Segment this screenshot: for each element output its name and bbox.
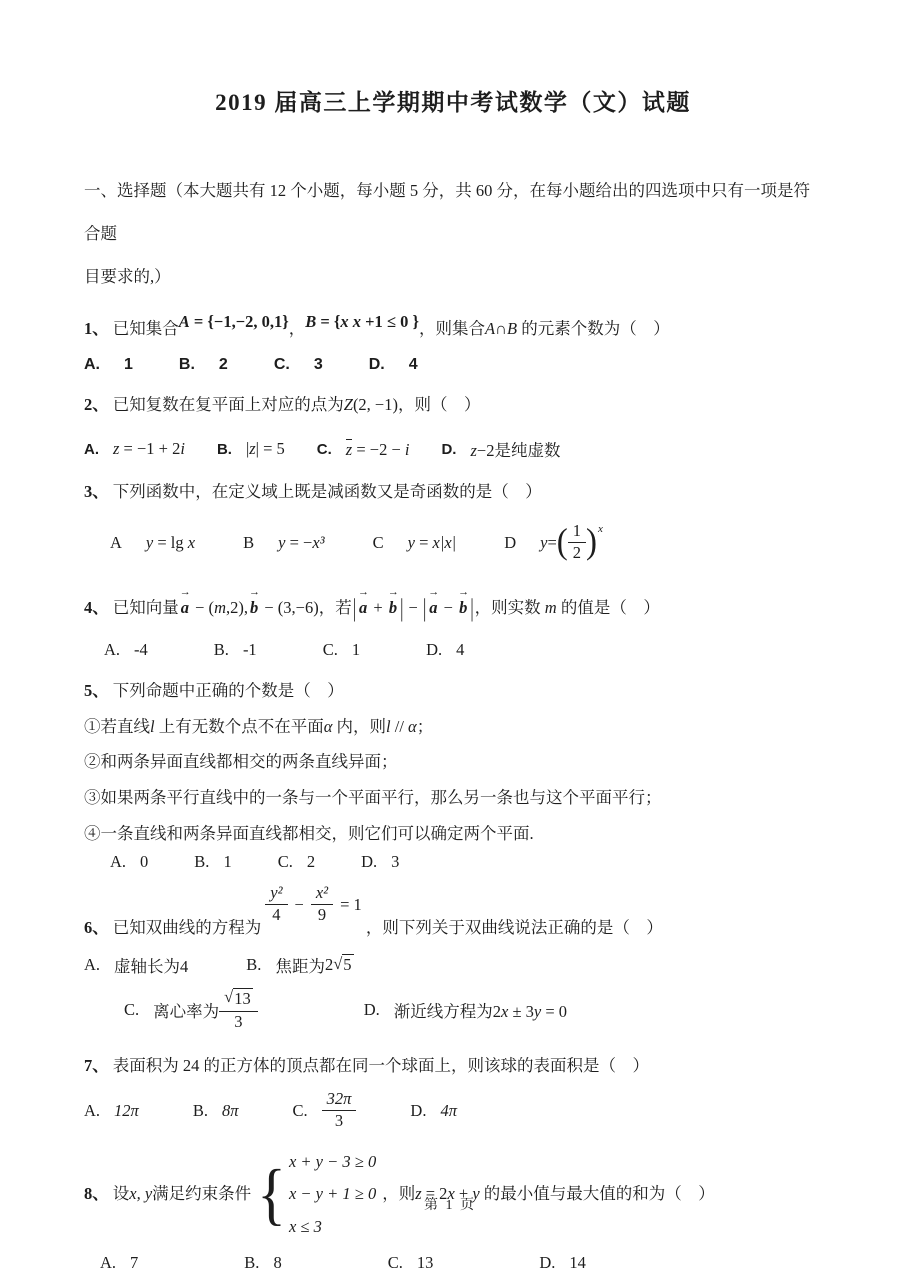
question-1-stem: 1、已知集合A = {−1,−2, 0,1}，B = {x x +1 ≤ 0 }…	[84, 316, 822, 342]
q6-lead-wrap: 6、已知双曲线的方程为	[84, 915, 261, 941]
question-5-stem: 5、下列命题中正确的个数是（ ）	[84, 678, 822, 704]
q3-opt-b-math: y = −x³	[278, 533, 324, 553]
q3-opt-c-y: y	[408, 533, 415, 552]
q5-opt-a-label: A.	[110, 852, 126, 872]
q1-opt-d-label: D.	[369, 356, 385, 374]
q3-opt-a-math: y = lg x	[146, 533, 195, 553]
q6-opt-b-radical-sign: √	[333, 954, 342, 974]
q6-equals-one: = 1	[340, 892, 362, 918]
q5-statement-2: ②和两条异面直线都相交的两条直线异面；	[84, 749, 822, 775]
q5-statement-1: ①若直线l 上有无数个点不在平面α 内，则l // α；	[84, 714, 822, 740]
q6-opt-c-radical-sign: √	[224, 988, 233, 1007]
q4-number: 4、	[84, 598, 109, 617]
q7-option-a: A.12π	[84, 1101, 139, 1121]
q3-opt-d-numerator: 1	[568, 522, 586, 543]
q5-opt-c-value: 2	[307, 852, 315, 872]
question-3-stem: 3、下列函数中，在定义域上既是减函数又是奇函数的是（ ）	[84, 479, 822, 505]
q3-options: Ay = lg x By = −x³ Cy = x|x| Dy = (12)x	[84, 513, 822, 573]
q5-option-c: C.2	[278, 852, 315, 872]
q5-opt-a-value: 0	[140, 852, 148, 872]
q6-opt-b-radical: √5	[333, 954, 353, 976]
q5-statement-3: ③如果两条平行直线中的一条与一个平面平行，那么另一条也与这个平面平行；	[84, 785, 822, 811]
q3-opt-c-label: C	[373, 533, 384, 553]
q1-option-a: A.1	[84, 356, 133, 374]
q1-intersect-symbol: ∩	[495, 319, 507, 338]
q7-opt-c-label: C.	[293, 1101, 308, 1121]
q6-opt-d-chinese: 渐近线方程为	[394, 1002, 493, 1021]
question-2-stem: 2、已知复数在复平面上对应的点为Z(2, −1)，则（ ）	[84, 392, 822, 418]
q4-options: A.-4 B.-1 C.1 D.4	[84, 640, 822, 660]
q1-tail: 的元素个数为（ ）	[517, 319, 670, 338]
q2-opt-b-label: B.	[217, 441, 232, 458]
q6-option-c: C.离心率为√133	[124, 988, 258, 1032]
q6-frac2-denominator: 9	[311, 905, 333, 925]
q6-opt-c-chinese: 离心率为	[153, 998, 219, 1022]
q5-s1-alpha-var2: α	[408, 717, 417, 736]
q4-opt-b-label: B.	[214, 640, 229, 660]
section-instructions: 一、选择题（本大题共有 12 个小题，每小题 5 分，共 60 分，在每小题给出…	[84, 169, 822, 298]
q1-option-d: D.4	[369, 356, 418, 374]
q5-s1-text-a: ①若直线	[84, 717, 150, 736]
q7-option-b: B.8π	[193, 1101, 239, 1121]
q2-options: A.z = −1 + 2i B.|z| = 5 C.z = −2 − i D.z…	[84, 437, 822, 461]
q4-opt-a-label: A.	[104, 640, 120, 660]
q4-a-body2: ,2),	[226, 598, 248, 617]
q8-opt-a-label: A.	[100, 1253, 116, 1272]
q5-opt-b-label: B.	[194, 852, 209, 872]
q2-opt-d-minus2: −2	[477, 441, 495, 460]
q4-mid: ，若	[319, 598, 352, 617]
q2-option-a: A.z = −1 + 2i	[84, 439, 185, 459]
q6-opt-c-fraction: √133	[219, 988, 258, 1032]
q6-frac1-denominator: 4	[265, 905, 287, 925]
q6-opt-d-coef: 2	[493, 1002, 501, 1021]
q8-option-d: D.14	[539, 1253, 586, 1272]
q6-frac2-numerator: x²	[311, 884, 333, 905]
q2-opt-a-math: z = −1 + 2i	[113, 439, 185, 459]
question-7-stem: 7、表面积为 24 的正方体的顶点都在同一个球面上，则该球的表面积是（ ）	[84, 1053, 822, 1079]
q5-s1-end: ；	[417, 717, 434, 736]
q1-set-b-var: B	[305, 312, 316, 331]
q4-minus2: −	[440, 598, 458, 617]
q1-set-b: B = {x x +1 ≤ 0 }	[305, 312, 419, 331]
instructions-line-2: 目要求的,）	[84, 255, 822, 298]
q6-options-cd: C.离心率为√133 D.渐近线方程为2x ± 3y = 0	[84, 981, 822, 1039]
q4-abs-bar-4: |	[470, 588, 473, 628]
q8-option-b: B.8	[244, 1253, 281, 1272]
q1-set-a: A = {−1,−2, 0,1}	[179, 312, 289, 331]
q3-opt-a-eq: = lg	[153, 533, 188, 552]
q4-minus: −	[404, 598, 422, 617]
q4-opt-d-value: 4	[456, 640, 464, 660]
q6-option-d: D.渐近线方程为2x ± 3y = 0	[364, 998, 567, 1022]
q4-option-b: B.-1	[214, 640, 257, 660]
q4-a-body: − (	[191, 598, 214, 617]
q6-opt-b-label: B.	[246, 955, 261, 975]
q6-opt-c-denominator: 3	[219, 1012, 258, 1032]
q8-opt-b-value: 8	[273, 1253, 281, 1272]
q4-opt-b-value: -1	[243, 640, 257, 660]
q7-opt-c-fraction: 32π3	[322, 1090, 357, 1131]
q6-opt-b-chinese: 焦距为	[275, 953, 325, 977]
q5-number: 5、	[84, 681, 109, 700]
q3-opt-c-math: y = x|x|	[408, 533, 457, 553]
q2-opt-a-i: i	[180, 439, 185, 458]
q3-opt-d-fraction: 12	[568, 522, 586, 563]
q3-opt-b-eq: = −	[285, 533, 312, 552]
q5-options: A.0 B.1 C.2 D.3	[84, 852, 822, 872]
q7-opt-b-label: B.	[193, 1101, 208, 1121]
q2-z-point: (2, −1)	[353, 395, 398, 414]
q7-number: 7、	[84, 1056, 109, 1075]
q3-opt-d-label: D	[504, 533, 516, 553]
q5-opt-b-value: 1	[223, 852, 231, 872]
q8-opt-d-value: 14	[569, 1253, 586, 1272]
q5-s1-text-b: 上有无数个点不在平面	[155, 717, 324, 736]
q2-opt-a-label: A.	[84, 441, 99, 458]
q7-option-c: C.32π3	[293, 1090, 357, 1131]
q2-opt-c-math: z = −2 − i	[346, 439, 410, 460]
q7-option-d: D.4π	[410, 1101, 457, 1121]
q3-opt-b-label: B	[243, 533, 254, 553]
q1-set-b-open: = {	[316, 312, 340, 331]
page-title: 2019 届高三上学期期中考试数学（文）试题	[84, 84, 822, 117]
q6-opt-c-radical: √13	[224, 988, 253, 1010]
q1-set-b-xx: x x	[340, 312, 361, 331]
q6-fraction-2: x²9	[311, 884, 333, 925]
q5-option-d: D.3	[361, 852, 399, 872]
q2-opt-d-math: z−2是纯虚数	[470, 437, 560, 461]
q6-opt-b-text: 焦距为2√5	[275, 953, 353, 977]
q3-opt-d-math: y = (12)x	[540, 522, 603, 563]
q4-vector-a: a	[179, 595, 191, 621]
q2-opt-b-math: |z| = 5	[246, 439, 285, 459]
q7-opt-d-value: 4π	[440, 1101, 457, 1121]
q8-constraint-1: x + y − 3 ≥ 0	[289, 1149, 376, 1175]
q6-opt-c-numerator: √13	[219, 988, 258, 1012]
q6-opt-d-end: = 0	[541, 1002, 567, 1021]
q1-opt-c-value: 3	[314, 356, 323, 374]
q4-option-d: D.4	[426, 640, 464, 660]
q3-opt-d-paren-left: (	[557, 525, 568, 561]
q6-tail: ，则下列关于双曲线说法正确的是（ ）	[366, 915, 663, 941]
q3-number: 3、	[84, 482, 109, 501]
q4-m-var: m	[214, 598, 226, 617]
q3-lead: 下列函数中，在定义域上既是减函数又是奇函数的是（ ）	[113, 482, 542, 501]
q5-lead: 下列命题中正确的个数是（ ）	[113, 681, 344, 700]
q5-statement-4: ④一条直线和两条异面直线都相交，则它们可以确定两个平面.	[84, 821, 822, 847]
q3-opt-d-paren-right: )	[586, 525, 597, 561]
q6-opt-a-text: 虚轴长为4	[114, 953, 188, 977]
q4-tail2: 的值是（ ）	[557, 598, 660, 617]
q6-opt-b-coef: 2	[325, 955, 333, 975]
q6-opt-b-radicand: 5	[342, 954, 353, 976]
q1-set-a-body: = {−1,−2, 0,1}	[190, 312, 289, 331]
q2-number: 2、	[84, 395, 109, 414]
q3-option-b: By = −x³	[243, 533, 325, 553]
q1-set-b-body: +1 ≤ 0 }	[361, 312, 419, 331]
q1-set-a-var: A	[179, 312, 190, 331]
q5-s1-parallel: //	[391, 717, 408, 736]
q4-option-c: C.1	[323, 640, 360, 660]
q1-opt-d-value: 4	[409, 356, 418, 374]
q8-option-c: C.13	[388, 1253, 434, 1272]
q2-opt-a-body: = −1 + 2	[119, 439, 180, 458]
q8-options: A.7 B.8 C.13 D.14	[84, 1253, 822, 1272]
q1-option-b: B.2	[179, 356, 228, 374]
q6-frac1-numerator: y²	[265, 884, 287, 905]
q6-opt-d-label: D.	[364, 1000, 380, 1020]
q4-abs-bar-1: |	[353, 588, 356, 628]
q3-opt-d-denominator: 2	[568, 543, 586, 563]
q6-options-ab: A.虚轴长为4 B.焦距为2√5	[84, 953, 822, 977]
q1-comma: ，	[289, 319, 306, 338]
q8-opt-d-label: D.	[539, 1253, 555, 1272]
q7-lead: 表面积为 24 的正方体的顶点都在同一个球面上，则该球的表面积是（ ）	[113, 1056, 649, 1075]
q4-opt-c-value: 1	[352, 640, 360, 660]
q3-opt-c-eq: =	[415, 533, 433, 552]
q1-number: 1、	[84, 319, 109, 338]
q6-minus: −	[295, 892, 304, 918]
q1-opt-a-label: A.	[84, 356, 100, 374]
q2-option-c: C.z = −2 − i	[317, 439, 410, 460]
q4-opt-d-label: D.	[426, 640, 442, 660]
q6-opt-d-pm: ± 3	[508, 1002, 534, 1021]
q3-option-d: Dy = (12)x	[504, 522, 603, 563]
q2-opt-d-label: D.	[441, 441, 456, 458]
q6-opt-a-value: 4	[180, 957, 188, 976]
page-number: 第 1 页	[0, 1194, 900, 1214]
q3-option-a: Ay = lg x	[110, 533, 195, 553]
q7-opt-d-label: D.	[410, 1101, 426, 1121]
q6-opt-c-text: 离心率为√133	[153, 988, 258, 1032]
q4-abs-bar-3: |	[423, 588, 426, 628]
q7-opt-c-denominator: 3	[322, 1111, 357, 1131]
q5-opt-d-value: 3	[391, 852, 399, 872]
q7-opt-c-numerator: 32π	[322, 1090, 357, 1111]
q1-opt-b-label: B.	[179, 356, 195, 374]
instructions-line-1: 一、选择题（本大题共有 12 个小题，每小题 5 分，共 60 分，在每小题给出…	[84, 169, 822, 255]
q3-opt-d-exponent: x	[598, 523, 603, 535]
q7-options: A.12π B.8π C.32π3 D.4π	[84, 1081, 822, 1141]
q3-opt-b-x: x³	[312, 533, 324, 552]
q8-option-a: A.7	[100, 1253, 138, 1272]
q4-plus: +	[369, 598, 387, 617]
q1-opt-b-value: 2	[219, 356, 228, 374]
q2-tail: ，则（ ）	[398, 395, 481, 414]
q6-lead: 已知双曲线的方程为	[113, 918, 262, 937]
q3-opt-c-x: x|x|	[433, 533, 457, 552]
q4-vector-a2: a	[357, 595, 369, 621]
q6-hyperbola-equation: y²4−x²9= 1	[265, 884, 362, 925]
q5-option-a: A.0	[110, 852, 148, 872]
q6-number: 6、	[84, 918, 109, 937]
q8-opt-a-value: 7	[130, 1253, 138, 1272]
q1-opt-a-value: 1	[124, 356, 133, 374]
q8-opt-c-label: C.	[388, 1253, 403, 1272]
q6-opt-d-text: 渐近线方程为2x ± 3y = 0	[394, 998, 567, 1022]
q6-option-a: A.虚轴长为4	[84, 953, 188, 977]
q7-opt-b-value: 8π	[222, 1101, 239, 1121]
q7-opt-a-value: 12π	[114, 1101, 139, 1121]
q2-opt-c-label: C.	[317, 441, 332, 458]
q1-opt-c-label: C.	[274, 356, 290, 374]
exam-page: 2019 届高三上学期期中考试数学（文）试题 一、选择题（本大题共有 12 个小…	[0, 0, 900, 1272]
q3-option-c: Cy = x|x|	[373, 533, 457, 553]
q8-opt-b-label: B.	[244, 1253, 259, 1272]
q5-opt-d-label: D.	[361, 852, 377, 872]
q4-vector-b2: b	[387, 595, 399, 621]
q4-tail1: ，则实数	[475, 598, 545, 617]
q5-opt-c-label: C.	[278, 852, 293, 872]
q4-b-body: − (3,−6)	[260, 598, 318, 617]
q1-options: A.1 B.2 C.3 D.4	[84, 356, 822, 374]
q7-opt-a-label: A.	[84, 1101, 100, 1121]
q4-vector-b: b	[248, 595, 260, 621]
question-4-stem: 4、已知向量a − (m,2),b − (3,−6)，若|a + b| − |a…	[84, 595, 822, 621]
q1-lead: 已知集合	[113, 319, 179, 338]
q2-z-var: Z	[344, 395, 353, 414]
question-6-stem: 6、已知双曲线的方程为y²4−x²9= 1，则下列关于双曲线说法正确的是（ ）	[84, 900, 822, 941]
q2-opt-b-body: | = 5	[256, 439, 285, 458]
q2-opt-d-text: 是纯虚数	[494, 441, 560, 460]
q5-s1-text-c: 内，则	[332, 717, 386, 736]
q4-lead: 已知向量	[113, 598, 179, 617]
q6-opt-c-radicand: 13	[233, 988, 253, 1010]
q2-lead: 已知复数在复平面上对应的点为	[113, 395, 344, 414]
q4-opt-c-label: C.	[323, 640, 338, 660]
q8-opt-c-value: 13	[417, 1253, 434, 1272]
q1-option-c: C.3	[274, 356, 323, 374]
q8-constraint-3: x ≤ 3	[289, 1214, 376, 1240]
q4-vector-b3: b	[457, 595, 469, 621]
q1-intersect-b: B	[507, 319, 517, 338]
q6-opt-c-label: C.	[124, 1000, 139, 1020]
q5-option-b: B.1	[194, 852, 231, 872]
q2-option-b: B.|z| = 5	[217, 439, 285, 459]
q6-opt-a-label: A.	[84, 955, 100, 975]
q4-m-var2: m	[545, 598, 557, 617]
q6-option-b: B.焦距为2√5	[246, 953, 353, 977]
q4-vector-a3: a	[427, 595, 439, 621]
q4-opt-a-value: -4	[134, 640, 148, 660]
q4-abs-bar-2: |	[400, 588, 403, 628]
q1-intersect-a: A	[485, 319, 495, 338]
q3-opt-d-eq: =	[547, 533, 556, 553]
q3-opt-d-y: y	[540, 533, 547, 553]
q3-opt-a-x: x	[188, 533, 195, 552]
q1-mid: ，则集合	[419, 319, 485, 338]
q3-opt-a-label: A	[110, 533, 122, 553]
q2-opt-c-i: i	[405, 440, 410, 459]
q2-option-d: D.z−2是纯虚数	[441, 437, 560, 461]
q6-fraction-1: y²4	[265, 884, 287, 925]
q4-option-a: A.-4	[104, 640, 148, 660]
q2-opt-c-body: = −2 −	[352, 440, 405, 459]
q6-opt-a-chinese: 虚轴长为	[114, 957, 180, 976]
